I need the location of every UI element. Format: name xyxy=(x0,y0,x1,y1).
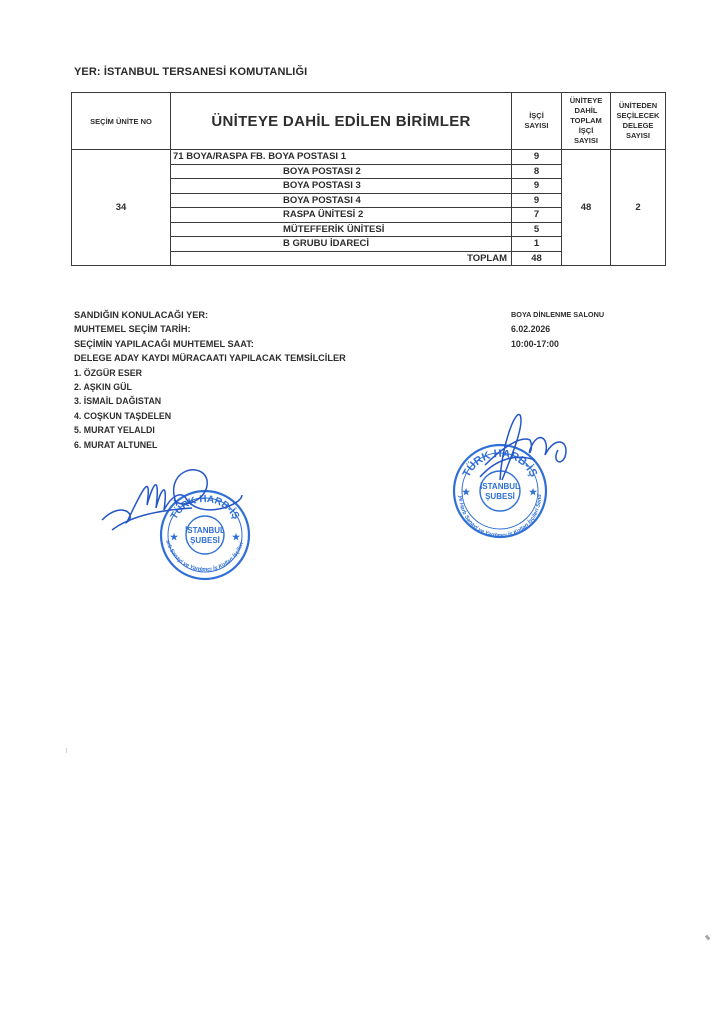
scan-speck xyxy=(705,935,711,941)
header-line: SEÇİLECEK xyxy=(611,111,665,121)
star-icon: ★ xyxy=(232,532,241,542)
header-line: SAYISI xyxy=(512,121,561,131)
unit-name: 71 BOYA/RASPA FB. BOYA POSTASI 1 xyxy=(171,150,512,165)
worker-count: 9 xyxy=(512,193,562,208)
worker-count: 7 xyxy=(512,208,562,223)
unit-name: BOYA POSTASI 3 xyxy=(171,179,512,194)
total-label: TOPLAM xyxy=(171,251,512,266)
header-units: ÜNİTEYE DAHİL EDİLEN BİRİMLER xyxy=(171,93,512,150)
time-label: SEÇİMİN YAPILACAĞI MUHTEMEL SAAT: xyxy=(74,337,346,351)
svg-text:Türkiye Harb Sanayi ve Yardımc: Türkiye Harb Sanayi ve Yardımcı İş Kolla… xyxy=(92,460,246,573)
representative: 4. COŞKUN TAŞDELEN xyxy=(74,409,346,423)
star-icon: ★ xyxy=(170,532,179,542)
header-worker-count: İŞÇİ SAYISI xyxy=(512,93,562,150)
scan-mark xyxy=(66,748,67,753)
worker-count: 1 xyxy=(512,237,562,252)
header-unit-no: SEÇİM ÜNİTE NO xyxy=(72,93,171,150)
representative: 6. MURAT ALTUNEL xyxy=(74,438,346,452)
ballot-place-label: SANDIĞIN KONULACAĞI YER: xyxy=(74,308,346,322)
unit-name: RASPA ÜNİTESİ 2 xyxy=(171,208,512,223)
worker-count: 5 xyxy=(512,222,562,237)
header-line: SAYISI xyxy=(611,131,665,141)
header-line: SAYISI xyxy=(562,136,610,146)
representative: 1. ÖZGÜR ESER xyxy=(74,366,346,380)
worker-count: 9 xyxy=(512,179,562,194)
ballot-place-value: BOYA DİNLENME SALONU xyxy=(511,308,604,322)
date-label: MUHTEMEL SEÇİM TARİH: xyxy=(74,322,346,336)
header-line: ÜNİTEYE xyxy=(562,96,610,106)
time-value: 10:00-17:00 xyxy=(511,337,604,351)
election-info-values: BOYA DİNLENME SALONU 6.02.2026 10:00-17:… xyxy=(511,308,604,351)
star-icon: ★ xyxy=(529,487,538,497)
table-row: 34 71 BOYA/RASPA FB. BOYA POSTASI 1 9 48… xyxy=(72,150,666,165)
header-total-workers: ÜNİTEYE DAHİL TOPLAM İŞÇİ SAYISI xyxy=(562,93,611,150)
stamp-city: İSTANBUL xyxy=(480,482,520,491)
workplace-title: YER: İSTANBUL TERSANESİ KOMUTANLIĞI xyxy=(74,66,307,78)
election-unit-table: SEÇİM ÜNİTE NO ÜNİTEYE DAHİL EDİLEN BİRİ… xyxy=(71,92,666,266)
header-line: TOPLAM xyxy=(562,116,610,126)
union-stamp-right: TÜRK HARB-İŞ Türkiye Harb Sanayi ve Yard… xyxy=(440,405,580,545)
stamp-city: İSTANBUL xyxy=(185,526,225,535)
header-delegates: ÜNİTEDEN SEÇİLECEK DELEGE SAYISI xyxy=(611,93,666,150)
total-workers-value: 48 xyxy=(562,150,611,266)
header-line: DELEGE xyxy=(611,121,665,131)
representatives-label: DELEGE ADAY KAYDI MÜRACAATI YAPILACAK TE… xyxy=(74,351,346,365)
date-value: 6.02.2026 xyxy=(511,322,604,336)
unit-name: B GRUBU İDARECİ xyxy=(171,237,512,252)
delegates-value: 2 xyxy=(611,150,666,266)
unit-name: MÜTEFFERİK ÜNİTESİ xyxy=(171,222,512,237)
header-line: DAHİL xyxy=(562,106,610,116)
unit-name: BOYA POSTASI 2 xyxy=(171,164,512,179)
stamp-branch: ŞUBESİ xyxy=(485,492,515,501)
stamp-bottom-text: Türkiye Harb Sanayi ve Yardımcı İş Kolla… xyxy=(92,460,246,573)
representative: 2. AŞKIN GÜL xyxy=(74,380,346,394)
unit-name: BOYA POSTASI 4 xyxy=(171,193,512,208)
header-line: İŞÇİ xyxy=(562,126,610,136)
election-info: SANDIĞIN KONULACAĞI YER: MUHTEMEL SEÇİM … xyxy=(74,308,346,452)
header-line: ÜNİTEDEN xyxy=(611,101,665,111)
header-line: İŞÇİ xyxy=(512,111,561,121)
representative: 3. İSMAİL DAĞISTAN xyxy=(74,394,346,408)
stamp-branch: ŞUBESİ xyxy=(190,536,220,545)
total-value: 48 xyxy=(512,251,562,266)
representative: 5. MURAT YELALDI xyxy=(74,423,346,437)
star-icon: ★ xyxy=(462,487,471,497)
union-stamp-left: TÜRK HARB-İŞ Türkiye Harb Sanayi ve Yard… xyxy=(92,460,262,585)
table-header-row: SEÇİM ÜNİTE NO ÜNİTEYE DAHİL EDİLEN BİRİ… xyxy=(72,93,666,150)
worker-count: 9 xyxy=(512,150,562,165)
unit-number: 34 xyxy=(72,150,171,266)
worker-count: 8 xyxy=(512,164,562,179)
